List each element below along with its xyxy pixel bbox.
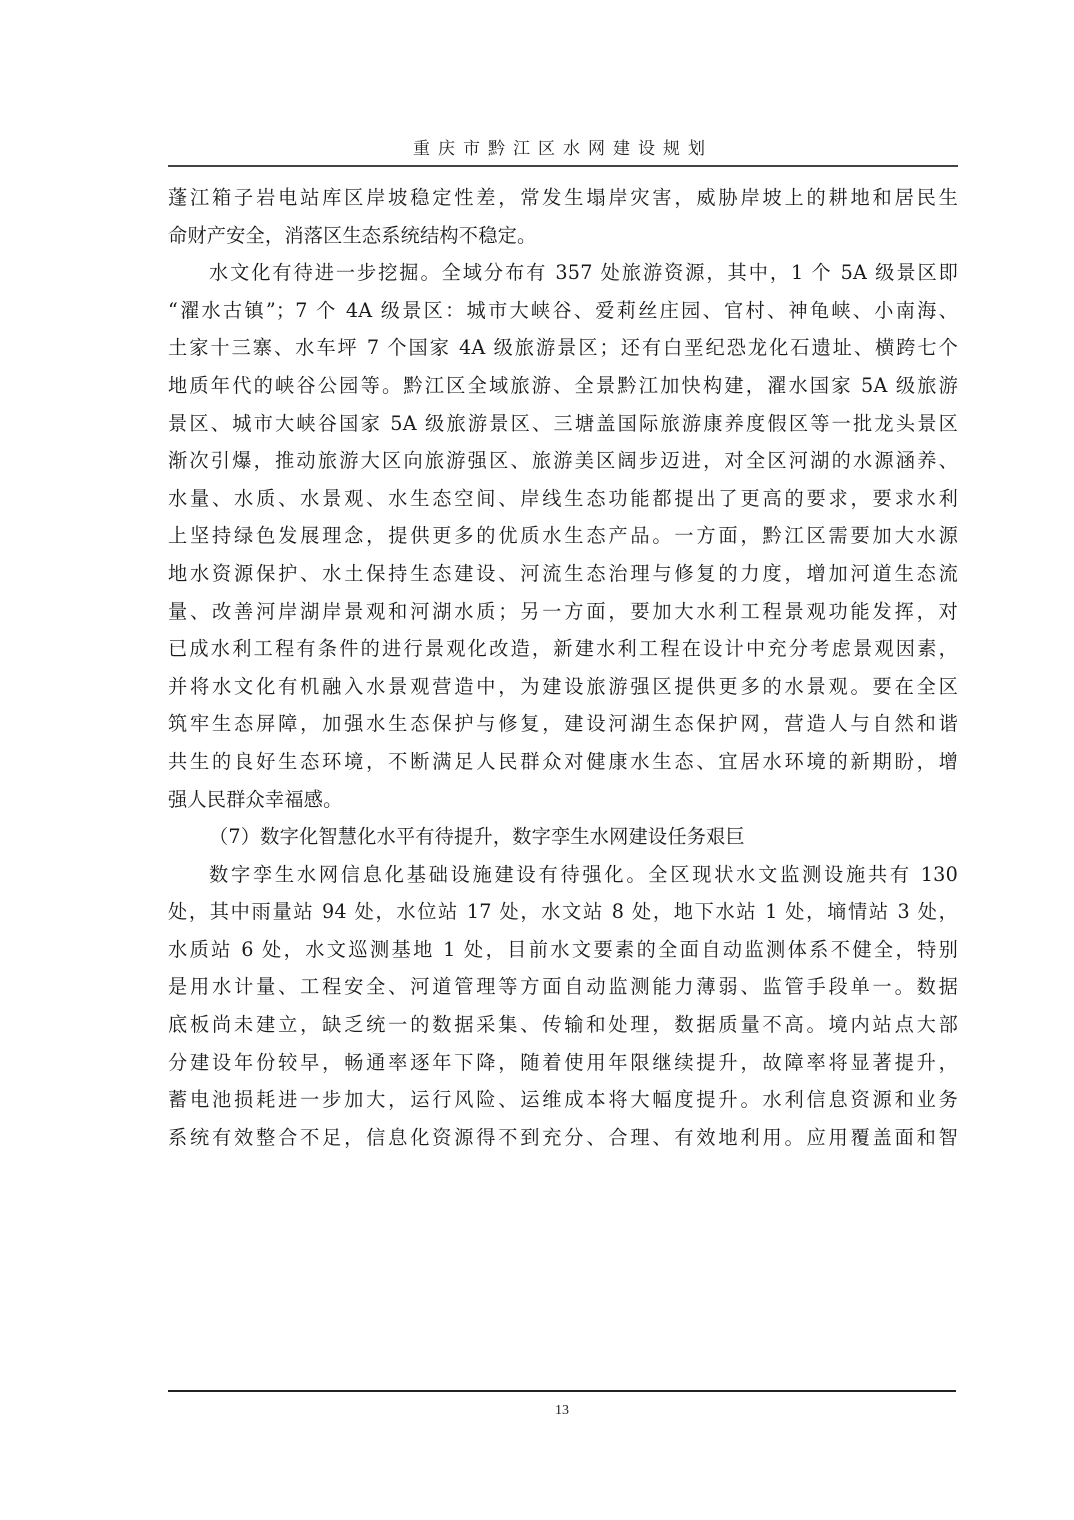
footer-divider: [168, 1390, 956, 1392]
text-line: 命财产安全，消落区生态系统结构不稳定。: [168, 219, 958, 257]
text-line: 共生的良好生态环境，不断满足人民群众对健康水生态、宜居水环境的新期盼，增: [168, 745, 958, 783]
text-line: 底板尚未建立，缺乏统一的数据采集、传输和处理，数据质量不高。境内站点大部: [168, 1008, 958, 1046]
text-line: 蓬江箱子岩电站库区岸坡稳定性差，常发生塌岸灾害，威胁岸坡上的耕地和居民生: [168, 181, 958, 219]
running-header-title: 重庆市黔江区水网建设规划: [168, 134, 958, 159]
text-line: “濯水古镇”；7 个 4A 级景区：城市大峡谷、爱莉丝庄园、官村、神龟峡、小南海…: [168, 294, 958, 332]
page-number: 13: [168, 1403, 956, 1419]
text-line: 系统有效整合不足，信息化资源得不到充分、合理、有效地利用。应用覆盖面和智: [168, 1121, 958, 1159]
text-line: 已成水利工程有条件的进行景观化改造，新建水利工程在设计中充分考虑景观因素，: [168, 632, 958, 670]
text-line: 水量、水质、水景观、水生态空间、岸线生态功能都提出了更高的要求，要求水利: [168, 482, 958, 520]
text-line: 上坚持绿色发展理念，提供更多的优质水生态产品。一方面，黔江区需要加大水源: [168, 519, 958, 557]
text-line: 蓄电池损耗进一步加大，运行风险、运维成本将大幅度提升。水利信息资源和业务: [168, 1083, 958, 1121]
text-line: 强人民群众幸福感。: [168, 783, 958, 821]
header-divider: [168, 165, 958, 167]
text-line: 量、改善河岸湖岸景观和河湖水质；另一方面，要加大水利工程景观功能发挥，对: [168, 595, 958, 633]
text-line: 并将水文化有机融入水景观营造中，为建设旅游强区提供更多的水景观。要在全区: [168, 670, 958, 708]
section-heading: （7）数字化智慧化水平有待提升，数字孪生水网建设任务艰巨: [168, 820, 958, 858]
text-line: 分建设年份较早，畅通率逐年下降，随着使用年限继续提升，故障率将显著提升，: [168, 1046, 958, 1084]
body-text: 蓬江箱子岩电站库区岸坡稳定性差，常发生塌岸灾害，威胁岸坡上的耕地和居民生命财产安…: [168, 181, 958, 1158]
text-line: 水文化有待进一步挖掘。全域分布有 357 处旅游资源，其中，1 个 5A 级景区…: [168, 256, 958, 294]
text-line: 土家十三寨、水车坪 7 个国家 4A 级旅游景区；还有白垩纪恐龙化石遗址、横跨七…: [168, 331, 958, 369]
text-line: 处，其中雨量站 94 处，水位站 17 处，水文站 8 处，地下水站 1 处，墒…: [168, 895, 958, 933]
text-line: 地质年代的峡谷公园等。黔江区全域旅游、全景黔江加快构建，濯水国家 5A 级旅游: [168, 369, 958, 407]
text-line: 筑牢生态屏障，加强水生态保护与修复，建设河湖生态保护网，营造人与自然和谐: [168, 707, 958, 745]
text-line: 景区、城市大峡谷国家 5A 级旅游景区、三塘盖国际旅游康养度假区等一批龙头景区: [168, 407, 958, 445]
text-line: 是用水计量、工程安全、河道管理等方面自动监测能力薄弱、监管手段单一。数据: [168, 970, 958, 1008]
text-line: 水质站 6 处，水文巡测基地 1 处，目前水文要素的全面自动监测体系不健全，特别: [168, 933, 958, 971]
text-line: 地水资源保护、水土保持生态建设、河流生态治理与修复的力度，增加河道生态流: [168, 557, 958, 595]
text-line: 数字孪生水网信息化基础设施建设有待强化。全区现状水文监测设施共有 130: [168, 858, 958, 896]
text-line: 渐次引爆，推动旅游大区向旅游强区、旅游美区阔步迈进，对全区河湖的水源涵养、: [168, 444, 958, 482]
